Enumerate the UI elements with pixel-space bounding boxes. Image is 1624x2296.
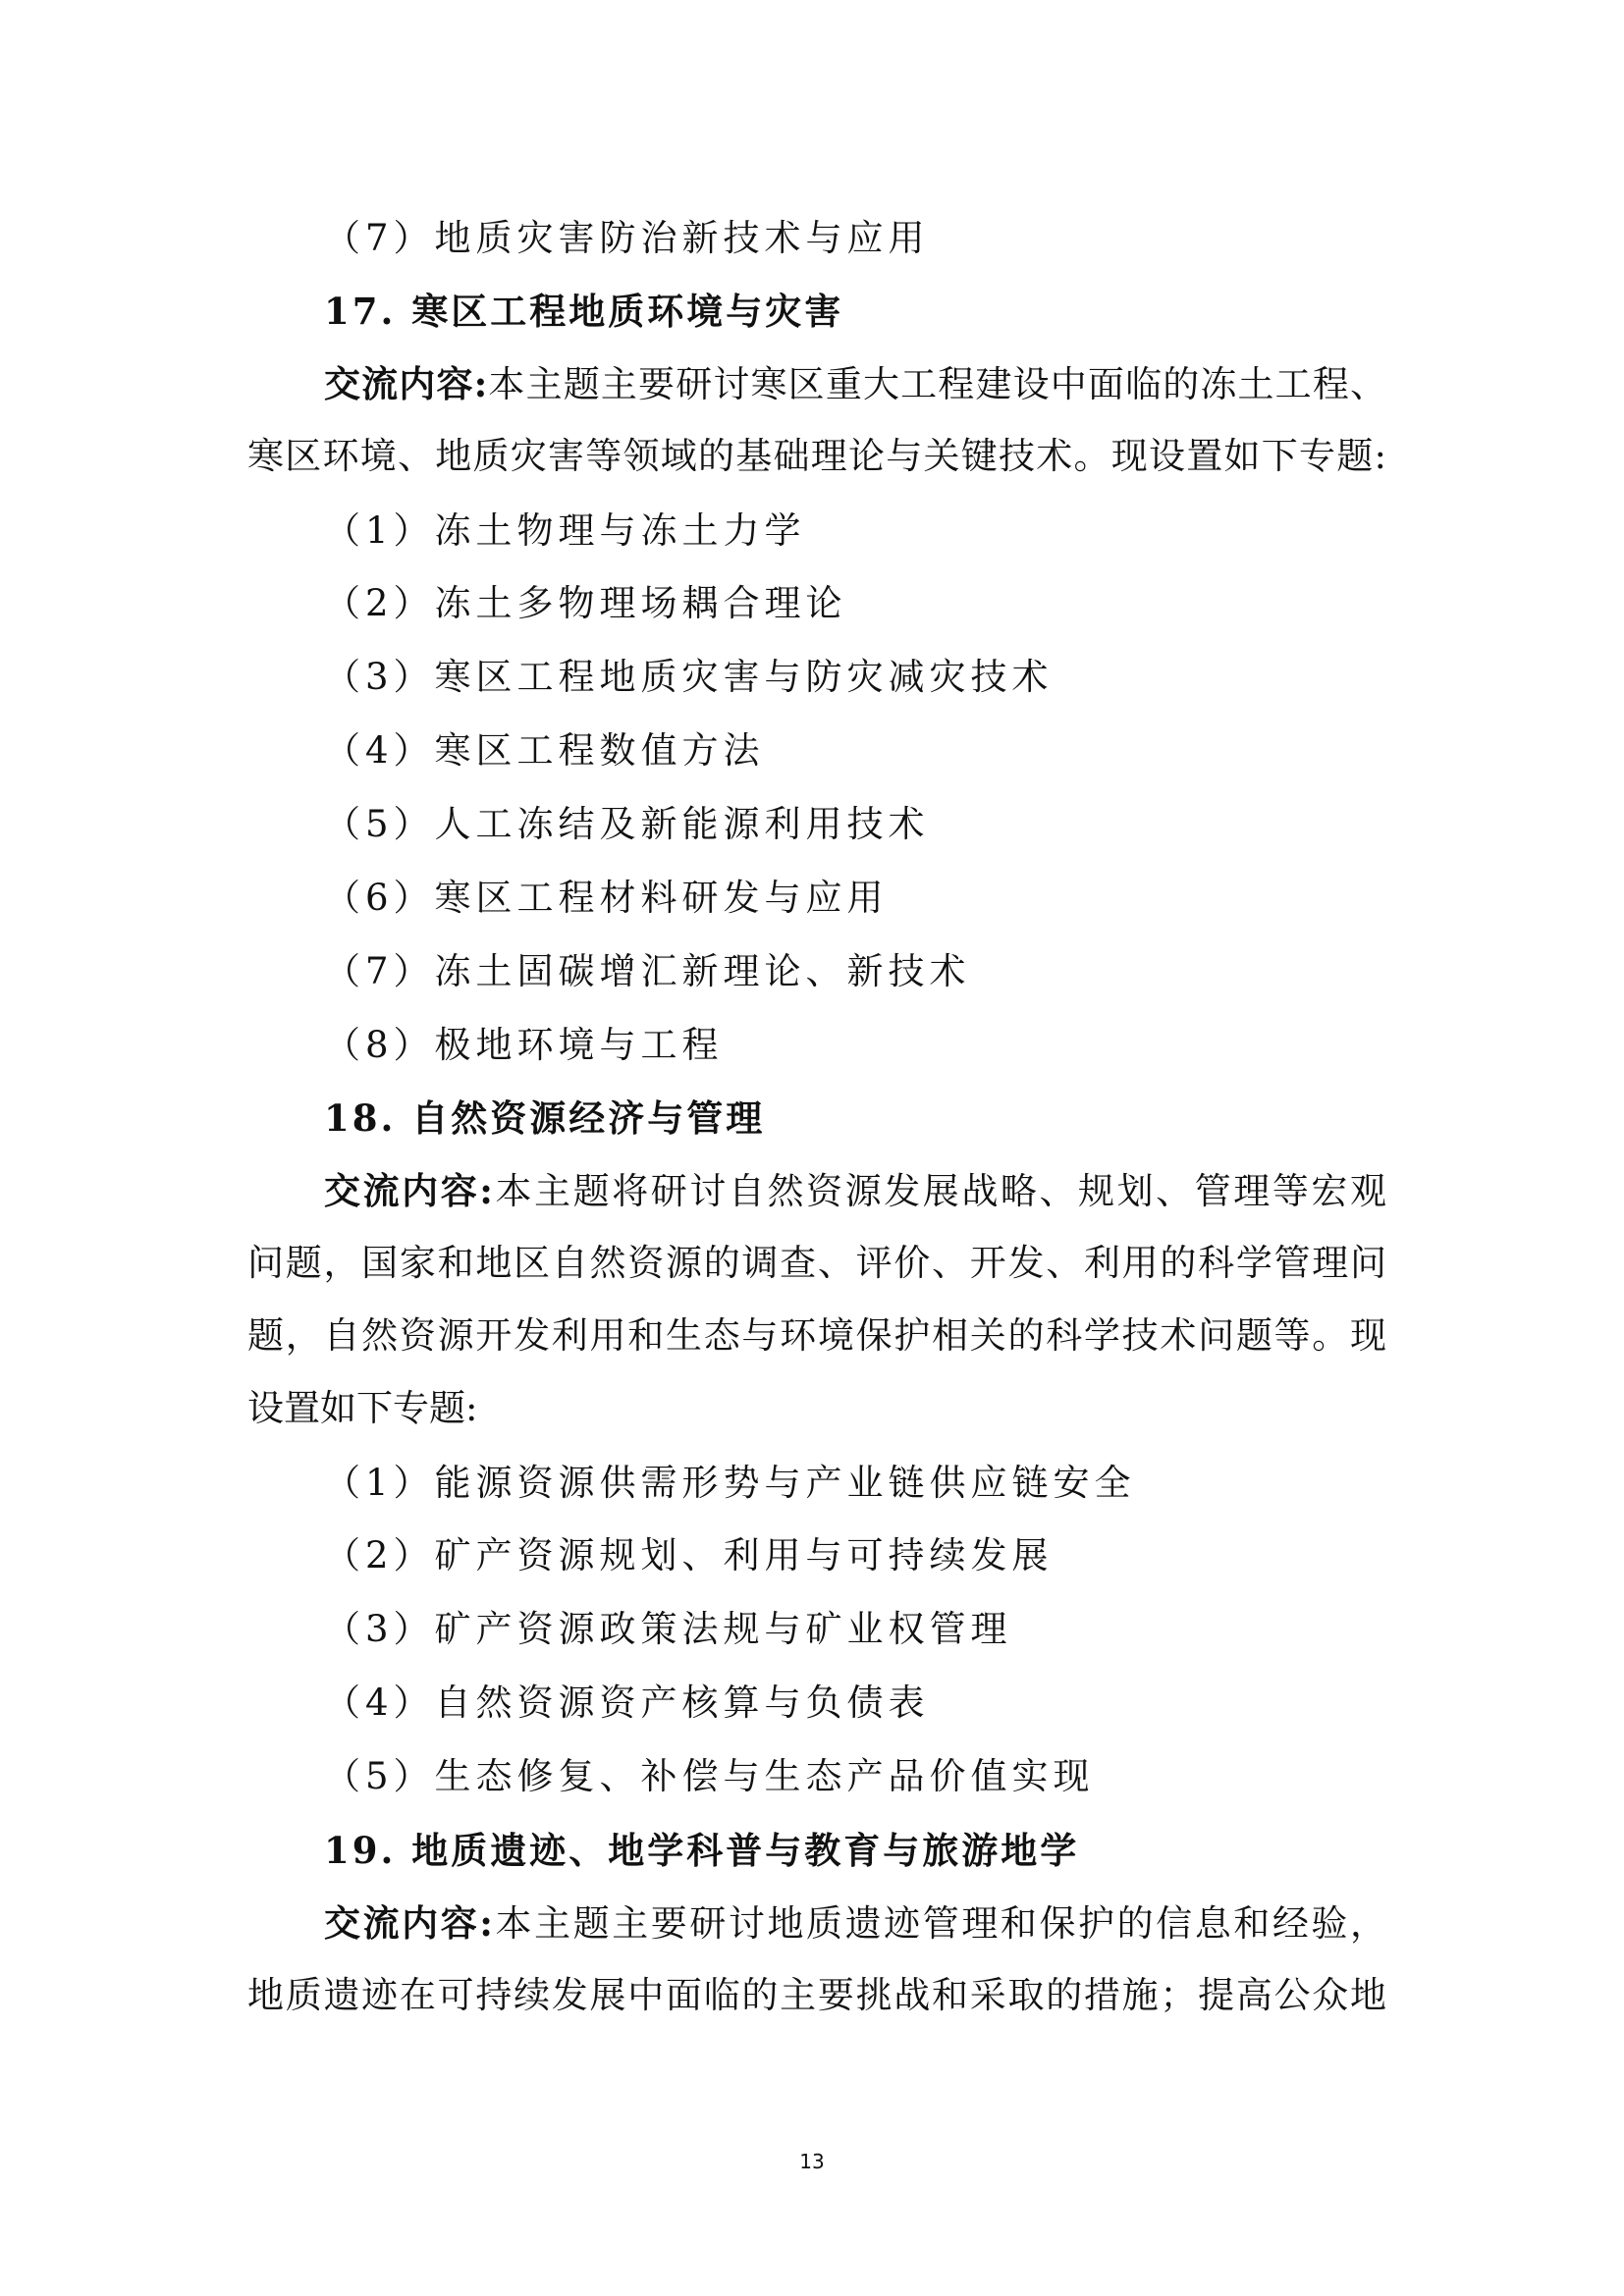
- section-19-intro-line-1: 交流内容:本主题主要研讨地质遗迹管理和保护的信息和经验，: [324, 1898, 1386, 1949]
- list-item: （6）寒区工程材料研发与应用: [324, 874, 889, 923]
- list-item: （5）生态修复、补偿与生态产品价值实现: [324, 1752, 1095, 1801]
- section-18-intro-line-4: 设置如下专题:: [247, 1384, 477, 1433]
- document-page: （7）地质灾害防治新技术与应用 17. 寒区工程地质环境与灾害 交流内容:本主题…: [0, 0, 1624, 2296]
- list-item: （1）能源资源供需形势与产业链供应链安全: [324, 1459, 1136, 1508]
- section-heading-18: 18. 自然资源经济与管理: [324, 1094, 765, 1143]
- section-heading-19: 19. 地质遗迹、地学科普与教育与旅游地学: [324, 1826, 1079, 1875]
- section-18-intro-line-3: 题，自然资源开发利用和生态与环境保护相关的科学技术问题等。现: [247, 1311, 1386, 1361]
- section-18-intro-line-2: 问题，国家和地区自然资源的调查、评价、开发、利用的科学管理问: [247, 1239, 1386, 1288]
- list-item: （3）矿产资源政策法规与矿业权管理: [324, 1605, 1012, 1654]
- list-item: （7）地质灾害防治新技术与应用: [324, 214, 930, 263]
- list-item: （5）人工冻结及新能源利用技术: [324, 800, 930, 849]
- intro-label: 交流内容:: [324, 362, 487, 405]
- intro-text: 本主题将研讨自然资源发展战略、规划、管理等宏观: [493, 1170, 1386, 1212]
- page-number: 13: [0, 2150, 1624, 2173]
- section-17-intro-line-2: 寒区环境、地质灾害等领域的基础理论与关键技术。现设置如下专题:: [247, 432, 1386, 481]
- intro-text: 本主题主要研讨寒区重大工程建设中面临的冻土工程、: [487, 363, 1386, 405]
- list-item: （2）矿产资源规划、利用与可持续发展: [324, 1531, 1054, 1580]
- section-18-intro-line-1: 交流内容:本主题将研讨自然资源发展战略、规划、管理等宏观: [324, 1166, 1386, 1216]
- section-17-intro-line-1: 交流内容:本主题主要研讨寒区重大工程建设中面临的冻土工程、: [324, 359, 1386, 409]
- list-item: （4）自然资源资产核算与负债表: [324, 1679, 930, 1728]
- list-item: （1）冻土物理与冻土力学: [324, 507, 806, 556]
- section-19-intro-line-2: 地质遗迹在可持续发展中面临的主要挑战和采取的措施；提高公众地: [247, 1971, 1386, 2020]
- list-item: （4）寒区工程数值方法: [324, 726, 765, 775]
- intro-label: 交流内容:: [324, 1169, 493, 1212]
- intro-text: 本主题主要研讨地质遗迹管理和保护的信息和经验，: [493, 1902, 1386, 1945]
- list-item: （7）冻土固碳增汇新理论、新技术: [324, 947, 971, 996]
- section-heading-17: 17. 寒区工程地质环境与灾害: [324, 287, 843, 336]
- list-item: （8）极地环境与工程: [324, 1021, 724, 1070]
- list-item: （2）冻土多物理场耦合理论: [324, 579, 847, 628]
- list-item: （3）寒区工程地质灾害与防灾减灾技术: [324, 653, 1054, 702]
- intro-label: 交流内容:: [324, 1901, 493, 1945]
